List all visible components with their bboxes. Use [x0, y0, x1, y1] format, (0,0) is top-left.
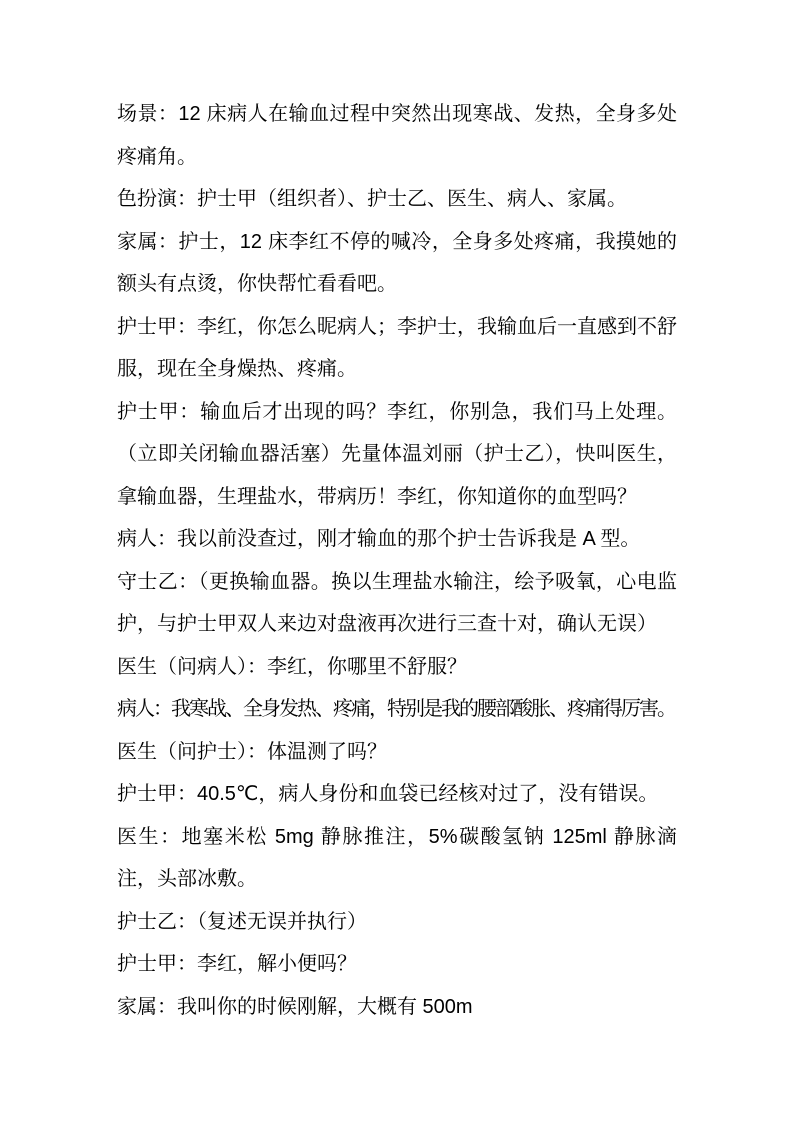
dialogue-paragraph-patient-1: 病人：我以前没查过，刚才输血的那个护士告诉我是 A 型。 — [117, 518, 677, 561]
dialogue-paragraph-nurse-a-3: 护士甲：40.5℃，病人身份和血袋已经核对过了，没有错误。 — [117, 773, 677, 816]
dialogue-paragraph-nurse-a-2: 护士甲：输血后才出现的吗？李红，你别急，我们马上处理。（立即关闭输血器活塞）先量… — [117, 391, 677, 519]
dialogue-paragraph-doctor-3: 医生：地塞米松 5mg 静脉推注，5%碳酸氢钠 125ml 静脉滴注，头部冰敷。 — [117, 816, 677, 901]
dialogue-paragraph-doctor-2: 医生（问护士）：体温测了吗？ — [117, 731, 677, 774]
document-page: 场景：12 床病人在输血过程中突然出现寒战、发热，全身多处疼痛角。 色扮演：护士… — [0, 0, 793, 1122]
dialogue-paragraph-nurse-b-1: 守士乙：（更换输血器。换以生理盐水输注，绘予吸氧，心电监护，与护士甲双人来边对盘… — [117, 561, 677, 646]
dialogue-paragraph-nurse-a-4: 护士甲：李红，解小便吗？ — [117, 943, 677, 986]
dialogue-paragraph-family-2: 家属：我叫你的时候刚解，大概有 500m — [117, 986, 677, 1029]
dialogue-paragraph-nurse-a-1: 护士甲：李红，你怎么昵病人；李护士，我输血后一直感到不舒服，现在全身燥热、疼痛。 — [117, 306, 677, 391]
dialogue-paragraph-doctor-1: 医生（问病人）：李红，你哪里不舒服？ — [117, 646, 677, 689]
document-text-block: 场景：12 床病人在输血过程中突然出现寒战、发热，全身多处疼痛角。 色扮演：护士… — [117, 93, 677, 1028]
dialogue-paragraph-patient-2: 病人：我寒战、全身发热、疼痛，特别是我的腰部酸胀、疼痛得厉害。 — [117, 688, 677, 731]
dialogue-paragraph-roles: 色扮演：护士甲（组织者）、护士乙、医生、病人、家属。 — [117, 178, 677, 221]
dialogue-paragraph-scene: 场景：12 床病人在输血过程中突然出现寒战、发热，全身多处疼痛角。 — [117, 93, 677, 178]
dialogue-paragraph-nurse-b-2: 护士乙：（复述无误并执行） — [117, 901, 677, 944]
dialogue-paragraph-family-1: 家属：护士，12 床李红不停的喊冷，全身多处疼痛，我摸她的额头有点烫，你快帮忙看… — [117, 221, 677, 306]
